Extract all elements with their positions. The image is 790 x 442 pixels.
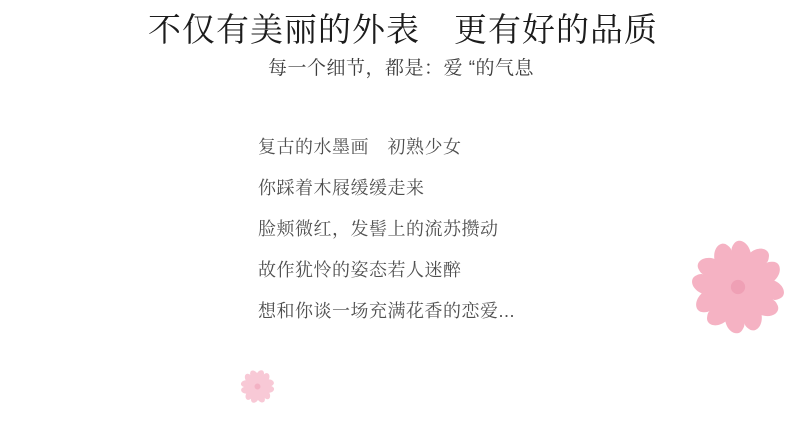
page-subtitle: 每一个细节，都是：爱 “的气息 bbox=[6, 53, 790, 80]
poem-text: 复古的水墨画 初熟少女 你踩着木屐缓缓走来 脸颊微红，发髻上的流苏攒动 故作犹怜… bbox=[258, 127, 515, 332]
promo-section: 不仅有美丽的外表 更有好的品质 每一个细节，都是：爱 “的气息 复古的水墨画 初… bbox=[0, 0, 790, 442]
page-title: 不仅有美丽的外表 更有好的品质 bbox=[8, 4, 790, 51]
poem-line: 想和你谈一场充满花香的恋爱... bbox=[258, 291, 515, 332]
poem-line: 你踩着木屐缓缓走来 bbox=[258, 168, 515, 209]
flower-small-icon bbox=[232, 361, 282, 411]
flower-icon bbox=[687, 236, 789, 338]
poem-line: 脸颊微红，发髻上的流苏攒动 bbox=[258, 209, 515, 250]
flower-center bbox=[731, 280, 745, 294]
poem-line: 故作犹怜的姿态若人迷醉 bbox=[258, 250, 515, 291]
poem-line: 复古的水墨画 初熟少女 bbox=[258, 127, 515, 168]
